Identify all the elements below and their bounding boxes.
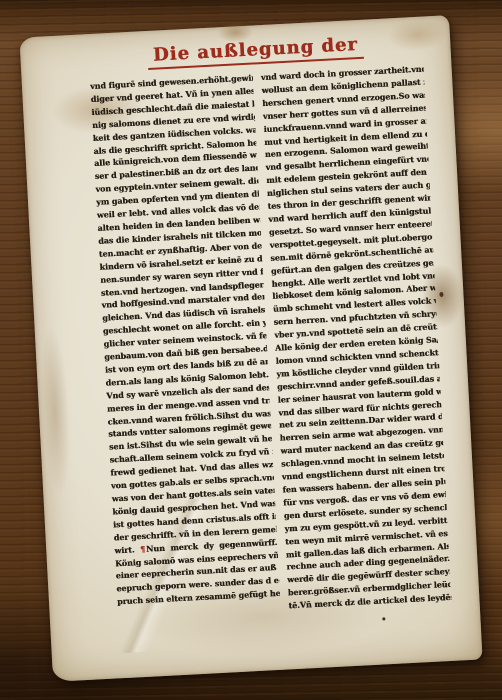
incunabula-leaf: Die außlegung der vnd figurē sind gewese…	[19, 15, 482, 682]
column-left: vnd figurē sind gewesen.erhöht.gewirdige…	[90, 72, 281, 622]
ink-speck	[382, 617, 385, 620]
ink-speck	[439, 292, 443, 297]
text-columns: vnd figurē sind gewesen.erhöht.gewirdige…	[90, 63, 452, 622]
column-right: vnd ward doch in grosser zartheit.vndwol…	[260, 63, 451, 613]
rubric-pilcrow: ¶	[140, 543, 147, 553]
printed-area: Die außlegung der vnd figurē sind gewese…	[88, 32, 452, 622]
paper-stain	[37, 326, 74, 497]
page-heading: Die außlegung der	[148, 35, 364, 70]
photo-frame: Die außlegung der vnd figurē sind gewese…	[0, 0, 502, 700]
